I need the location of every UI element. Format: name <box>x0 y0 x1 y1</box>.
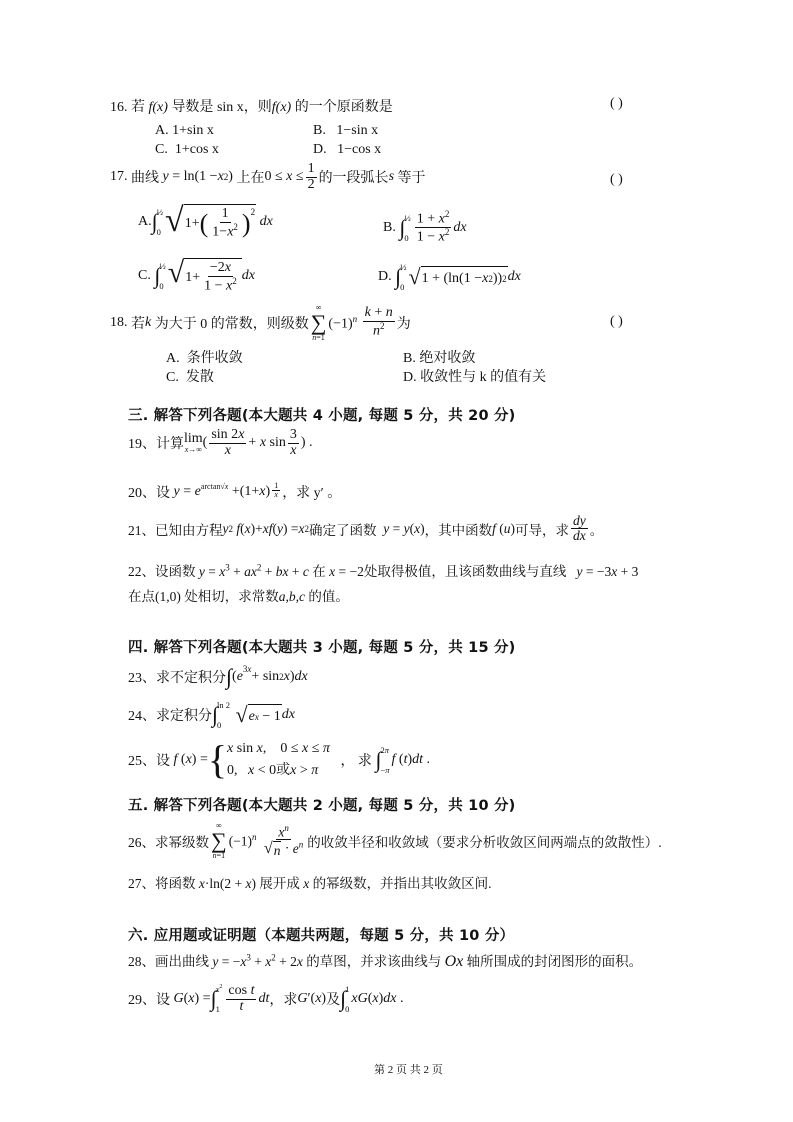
page-footer: 第 2 页 共 2 页 <box>374 1061 443 1077</box>
answer-bracket[interactable]: ( ) <box>610 314 623 330</box>
question-number: 16. <box>110 100 128 115</box>
question-25: 25、 设 f (x) = { x sin x, 0 ≤ x ≤ π 0, x … <box>128 738 430 783</box>
option-c[interactable]: C. 发散 <box>166 366 214 386</box>
question-16: 16. 若 f(x) 导数是 sin x，则f(x) 的一个原函数是 <box>110 96 393 116</box>
option-d[interactable]: D. 1−cos x <box>313 142 381 158</box>
fraction-one-half: 12 <box>306 162 317 192</box>
question-23: 23、 求不定积分 ∫(e3x + sin2 x)dx <box>128 664 308 690</box>
integral-sign: ∫ <box>152 209 158 235</box>
option-d[interactable]: D. ∫ ½0 √1 + (ln(1 − x2))2 dx <box>378 262 521 292</box>
question-26: 26、 求幂级数 ∞∑n=1 (−1)n xn√n · en 的收敛半径和收敛域… <box>128 822 662 860</box>
section-heading-3: 三. 解答下列各题(本大题共 4 小题, 每题 5 分，共 20 分) <box>128 404 516 425</box>
option-b[interactable]: B. 绝对收敛 <box>403 347 475 367</box>
question-22-line-2: 在点(1,0) 处相切，求常数a,b,c 的值。 <box>128 585 349 605</box>
question-20: 20、 设 y = earctan√x +(1+x)1x ，求 y′ 。 <box>128 482 341 502</box>
option-b[interactable]: B. 1−sin x <box>313 123 378 139</box>
answer-bracket[interactable]: ( ) <box>610 96 623 112</box>
option-a[interactable]: A. 1+sin x <box>155 123 214 139</box>
question-18: 18. 若 k 为大于 0 的常数，则级数 ∞∑n=1 (−1)n k + nn… <box>110 304 411 342</box>
option-d[interactable]: D. 收敛性与 k 的值有关 <box>403 366 546 386</box>
question-22: 22、设函数 y = x3 + ax2 + bx + c 在 x = −2处取得… <box>128 560 638 580</box>
option-a[interactable]: A. 条件收敛 <box>166 347 243 367</box>
question-17: 17. 曲线 y = ln(1 − x2) 上在 0 ≤ x ≤ 12 的一段弧… <box>110 162 426 192</box>
answer-bracket[interactable]: ( ) <box>610 172 623 188</box>
section-heading-4: 四. 解答下列各题(本大题共 3 小题, 每题 5 分，共 15 分) <box>128 636 516 657</box>
summation: ∞∑n=1 <box>311 304 327 342</box>
question-19: 19、 计算 limx→∞ ( sin 2xx + x sin 3x ) . <box>128 428 313 458</box>
piecewise-cases: x sin x, 0 ≤ x ≤ π 0, x < 0或x > π <box>227 738 330 783</box>
section-heading-5: 五. 解答下列各题(本大题共 2 小题, 每题 5 分，共 10 分) <box>128 794 516 815</box>
option-a[interactable]: A. ∫ ½0 √1+(11−x2)2 dx <box>138 204 273 240</box>
option-b[interactable]: B. ∫ ½0 1 + x21 − x2 dx <box>383 210 467 246</box>
question-24: 24、 求定积分 ∫ ln 20 √ex − 1dx <box>128 700 295 730</box>
question-21: 21、 已知由方程 y2 f(x)+xf(y) = x2 确定了函数 y = y… <box>128 514 603 543</box>
question-29: 29、 设 G(x) = ∫ x21 cos ttdt ，求 G′(x) 及 ∫… <box>128 984 403 1014</box>
question-28: 28、画出曲线 y = −x3 + x2 + 2x 的草图，并求该曲线与 Ox … <box>128 950 642 971</box>
option-c[interactable]: C. ∫ ½0 √1+−2x1 − x2 dx <box>138 258 255 294</box>
option-c[interactable]: C. 1+cos x <box>155 142 219 158</box>
question-27: 27、将函数 x·ln(2 + x) 展开成 x 的幂级数，并指出其收敛区间. <box>128 872 491 892</box>
section-heading-6: 六. 应用题或证明题（本题共两题，每题 5 分，共 10 分） <box>128 924 514 945</box>
